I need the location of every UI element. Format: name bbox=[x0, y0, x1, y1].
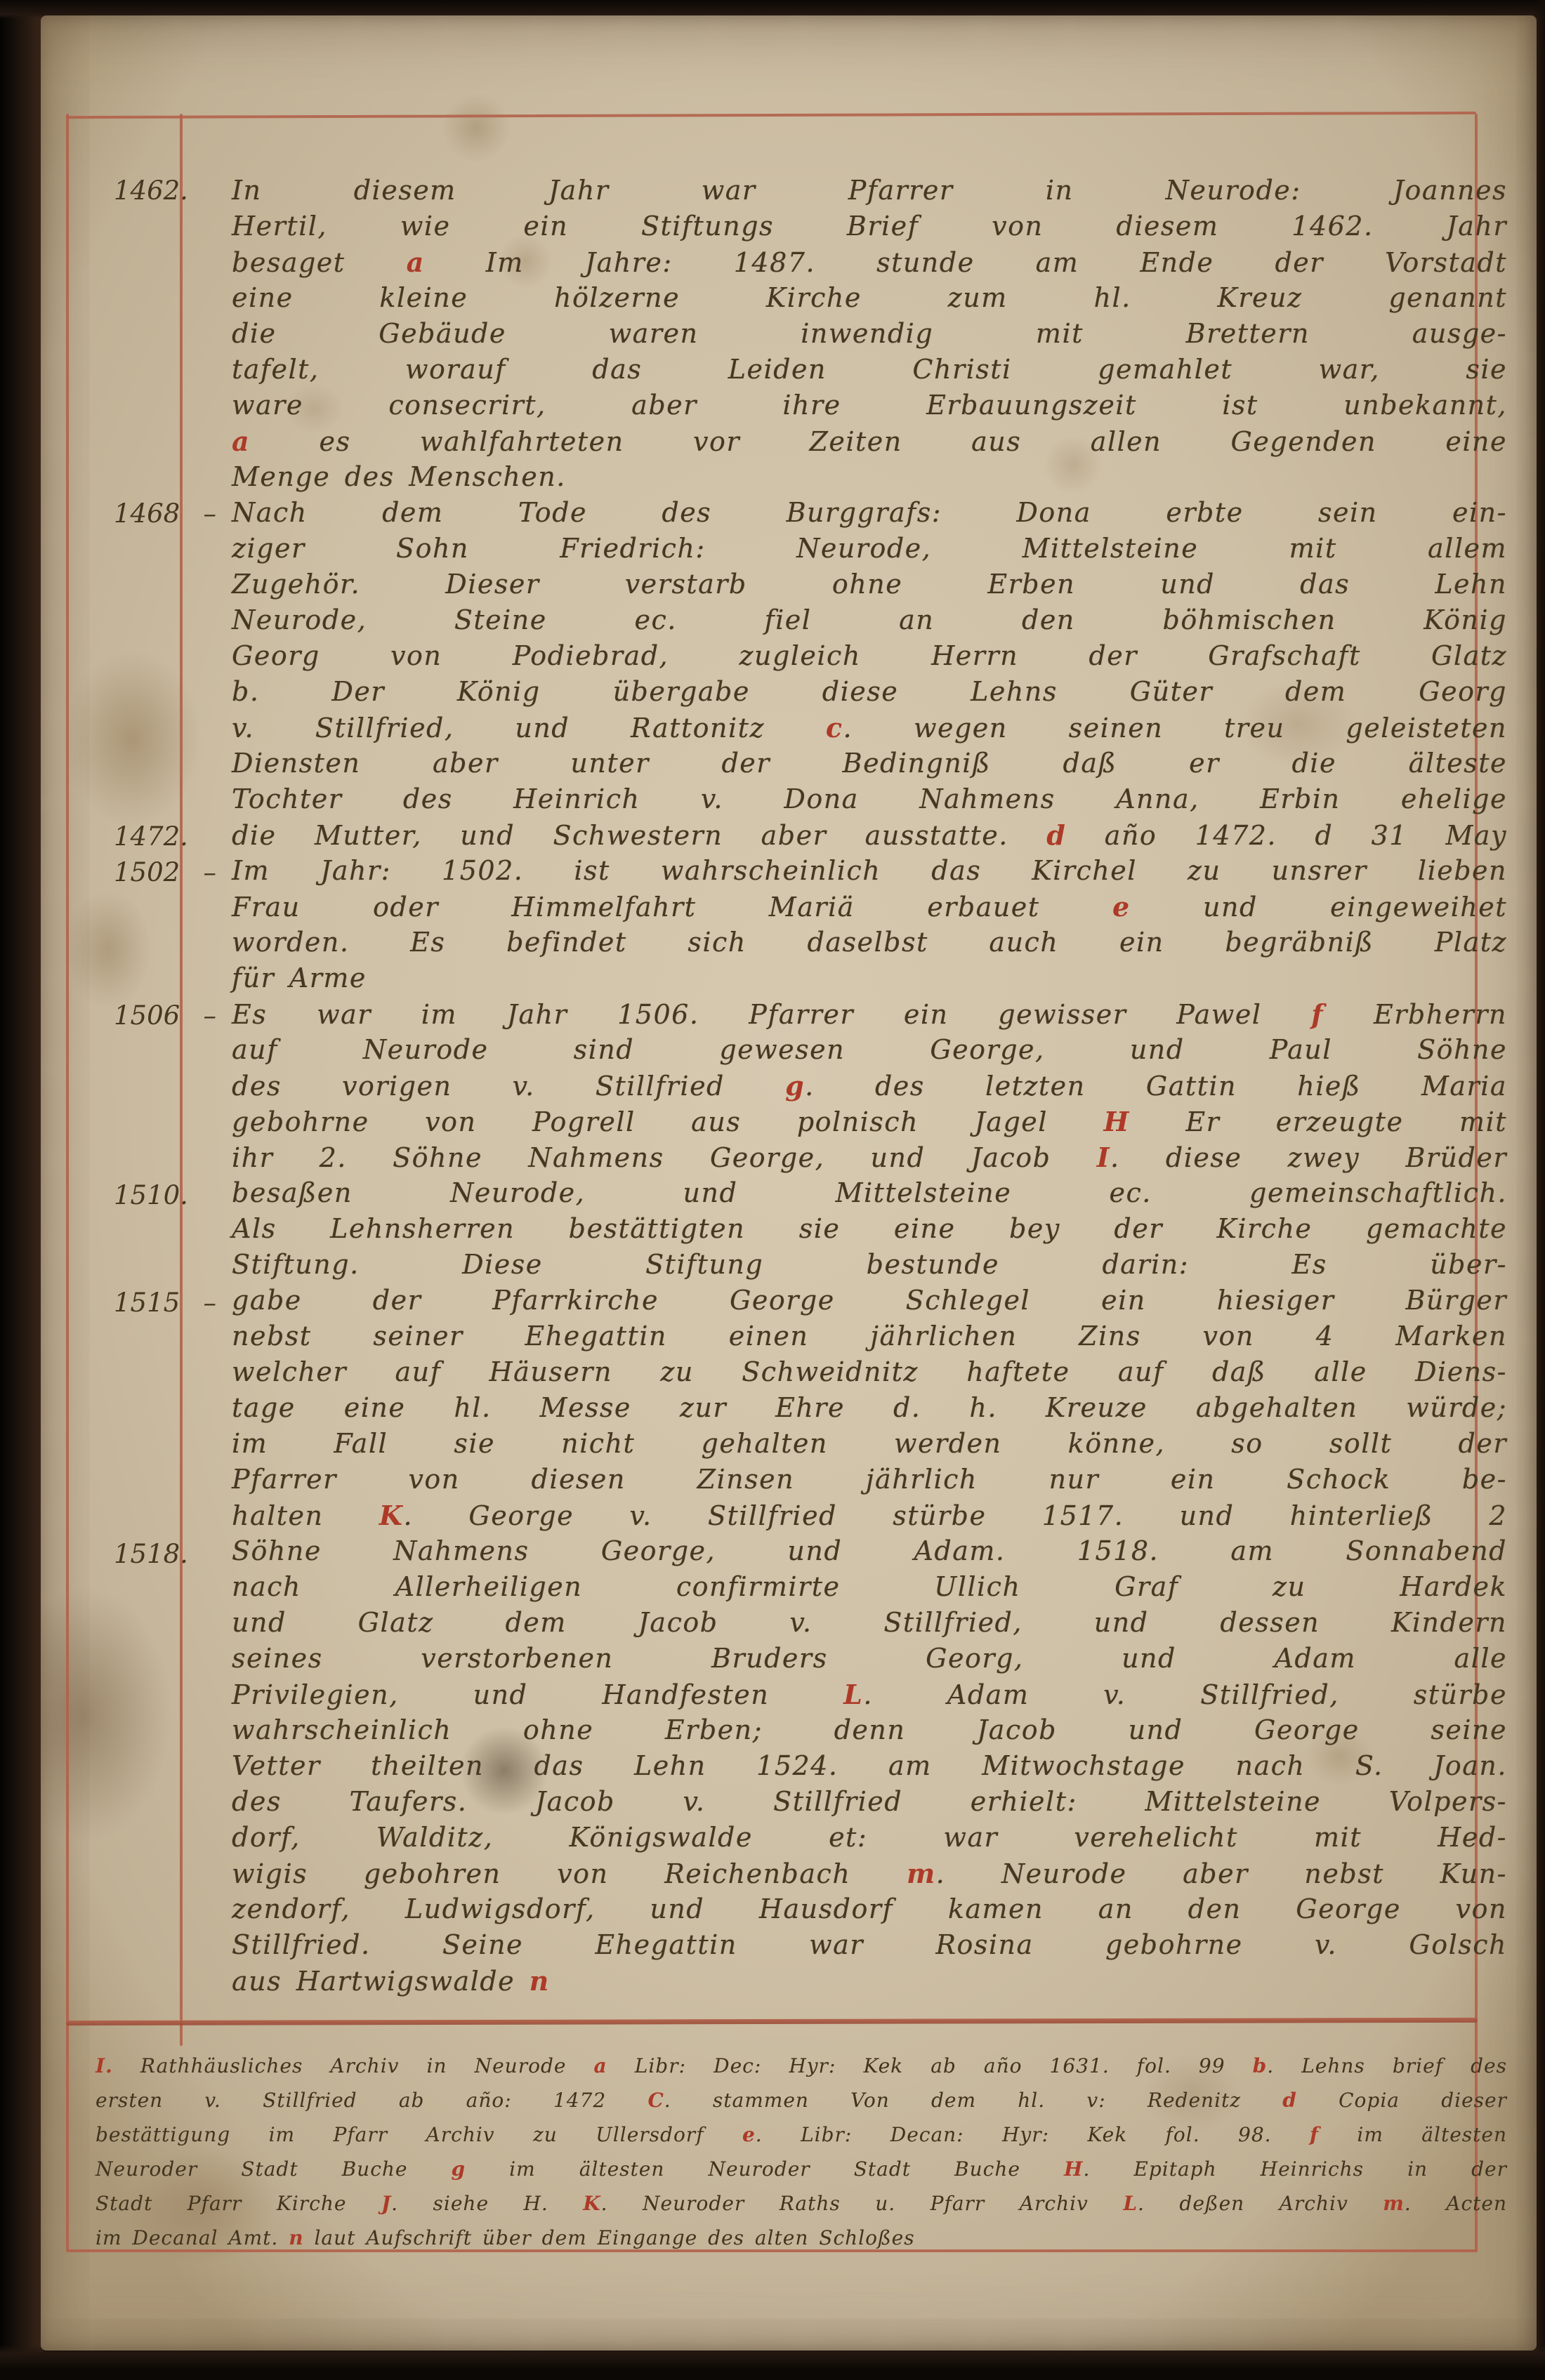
manuscript-line: nebst seiner Ehegattin einen jährlichen … bbox=[232, 1318, 1507, 1354]
manuscript-line: des Taufers. Jacob v. Stillfried erhielt… bbox=[232, 1784, 1507, 1820]
manuscript-line: aus Hartwigswalde n bbox=[232, 1963, 1507, 1999]
text-run: für Arme bbox=[232, 963, 367, 993]
footnote-block: I. Rathhäusliches Archiv in Neurode a Li… bbox=[96, 2049, 1507, 2255]
text-run: Pfarrer von diesen Zinsen jährlich nur e… bbox=[232, 1464, 1507, 1495]
footnote-ref-letter: d bbox=[1282, 2089, 1297, 2112]
manuscript-line: Söhne Nahmens George, und Adam. 1518. am… bbox=[232, 1533, 1507, 1569]
text-run: im Fall sie nicht gehalten werden könne,… bbox=[232, 1428, 1507, 1459]
footnote-ref-letter: H bbox=[1064, 2157, 1083, 2181]
text-run: . des letzten Gattin hieß Maria bbox=[805, 1071, 1507, 1102]
footnote-line: im Decanal Amt. n laut Aufschrift über d… bbox=[96, 2221, 1507, 2255]
footnote-line: Stadt Pfarr Kirche J. siehe H. K. Neurod… bbox=[96, 2186, 1507, 2221]
footnote-line: ersten v. Stillfried ab año: 1472 C. sta… bbox=[96, 2083, 1507, 2117]
text-run: tafelt, worauf das Leiden Christi gemahl… bbox=[232, 354, 1507, 385]
text-run: Als Lehnsherren bestättigten sie eine be… bbox=[232, 1213, 1507, 1244]
manuscript-line: Georg von Podiebrad, zugleich Herrn der … bbox=[232, 638, 1507, 674]
book-photograph: 1462.1468–1472.1502–1506–1510.1515–1518.… bbox=[0, 0, 1545, 2380]
footnote-ref-letter: J bbox=[381, 2192, 391, 2215]
manuscript-line: nach Allerheiligen confirmirte Ullich Gr… bbox=[232, 1569, 1507, 1605]
manuscript-line: die Gebäude waren inwendig mit Brettern … bbox=[232, 316, 1507, 352]
footnote-ref-letter: n bbox=[289, 2226, 303, 2249]
text-run: des vorigen v. Stillfried bbox=[232, 1071, 785, 1102]
text-run: die Mutter, und Schwestern aber ausstatt… bbox=[232, 820, 1046, 851]
text-run: Privilegien, und Handfesten bbox=[232, 1679, 843, 1710]
footnote-ref-letter: a bbox=[232, 425, 250, 457]
text-run: tage eine hl. Messe zur Ehre d. h. Kreuz… bbox=[232, 1392, 1507, 1423]
margin-date: 1518. bbox=[114, 1536, 216, 1572]
manuscript-page: 1462.1468–1472.1502–1506–1510.1515–1518.… bbox=[41, 15, 1537, 2351]
text-run: ihr 2. Söhne Nahmens George, und Jacob bbox=[232, 1142, 1097, 1173]
text-run: Diensten aber unter der Bedingniß daß er… bbox=[232, 748, 1507, 779]
manuscript-line: besaget a Im Jahre: 1487. stunde am Ende… bbox=[232, 244, 1507, 280]
manuscript-line: Stillfried. Seine Ehegattin war Rosina g… bbox=[232, 1927, 1507, 1963]
text-run: gabe der Pfarrkirche George Schlegel ein… bbox=[232, 1285, 1507, 1316]
text-run: im ältesten bbox=[1319, 2123, 1507, 2146]
text-run: . Lehns brief des bbox=[1267, 2054, 1507, 2077]
text-run: . stammen Von dem hl. v: Redenitz bbox=[664, 2089, 1283, 2112]
footnote-ref-letter: K bbox=[583, 2192, 600, 2215]
margin-date-label: 1468 bbox=[114, 496, 180, 531]
text-run: Erbherrn bbox=[1324, 999, 1507, 1030]
footnote-ref-letter: b bbox=[1253, 2054, 1268, 2077]
text-run: zendorf, Ludwigsdorf, und Hausdorf kamen… bbox=[232, 1893, 1507, 1924]
text-run: Hertil, wie ein Stiftungs Brief von dies… bbox=[232, 211, 1507, 242]
text-run: . Epitaph Heinrichs in der bbox=[1083, 2157, 1507, 2181]
text-run: Neuroder Stadt Buche bbox=[96, 2157, 452, 2181]
text-run: Neurode, Steine ec. fiel an den böhmisch… bbox=[232, 604, 1507, 635]
margin-date: 1472. bbox=[114, 819, 216, 854]
text-run: . George v. Stillfried stürbe 1517. und … bbox=[403, 1500, 1507, 1531]
margin-date-dash: – bbox=[204, 854, 217, 890]
manuscript-line: In diesem Jahr war Pfarrer in Neurode: J… bbox=[232, 173, 1507, 209]
text-run: auf Neurode sind gewesen George, und Pau… bbox=[232, 1034, 1507, 1065]
text-run: Es war im Jahr 1506. Pfarrer ein gewisse… bbox=[232, 999, 1311, 1030]
footnote-ref-letter: f bbox=[1310, 2123, 1319, 2146]
text-run: Copia dieser bbox=[1297, 2089, 1507, 2112]
text-run: besaßen Neurode, und Mittelsteine ec. ge… bbox=[232, 1177, 1507, 1208]
text-run: Söhne Nahmens George, und Adam. 1518. am… bbox=[232, 1535, 1507, 1566]
manuscript-line: gebohrne von Pogrell aus polnisch Jagel … bbox=[232, 1104, 1507, 1139]
margin-date: 1510. bbox=[114, 1177, 216, 1213]
manuscript-line: halten K. George v. Stillfried stürbe 15… bbox=[232, 1498, 1507, 1533]
manuscript-line: Diensten aber unter der Bedingniß daß er… bbox=[232, 746, 1507, 781]
manuscript-line: die Mutter, und Schwestern aber ausstatt… bbox=[232, 817, 1507, 853]
text-run: des Taufers. Jacob v. Stillfried erhielt… bbox=[232, 1786, 1507, 1817]
text-run: und eingeweihet bbox=[1131, 892, 1507, 923]
footnote-ref-letter: H bbox=[1103, 1106, 1129, 1137]
footnote-ref-letter: L bbox=[843, 1679, 863, 1710]
text-run: Georg von Podiebrad, zugleich Herrn der … bbox=[232, 640, 1507, 671]
manuscript-line: ziger Sohn Friedrich: Neurode, Mittelste… bbox=[232, 531, 1507, 567]
footnote-ref-letter: m bbox=[1383, 2192, 1405, 2215]
footnote-ref-letter: f bbox=[1311, 998, 1324, 1030]
manuscript-line: wahrscheinlich ohne Erben; denn Jacob un… bbox=[232, 1712, 1507, 1748]
text-run: . Libr: Decan: Hyr: Kek fol. 98. bbox=[756, 2123, 1310, 2146]
footnote-ref-letter: m bbox=[907, 1858, 936, 1889]
text-run: Nach dem Tode des Burggrafs: Dona erbte … bbox=[232, 497, 1507, 528]
text-run: aus Hartwigswalde bbox=[232, 1966, 530, 1997]
text-run: welcher auf Häusern zu Schweidnitz hafte… bbox=[232, 1356, 1507, 1387]
footnote-ref-letter: a bbox=[594, 2054, 607, 2077]
text-run: besaget bbox=[232, 247, 407, 278]
margin-date: 1515– bbox=[114, 1285, 216, 1321]
text-run: im ältesten Neuroder Stadt Buche bbox=[466, 2157, 1064, 2181]
footnote-ref-letter: n bbox=[530, 1965, 550, 1997]
text-run: b. Der König übergabe diese Lehns Güter … bbox=[232, 676, 1507, 707]
manuscript-line: Frau oder Himmelfahrt Mariä erbauet e un… bbox=[232, 889, 1507, 925]
manuscript-line: gabe der Pfarrkirche George Schlegel ein… bbox=[232, 1283, 1507, 1318]
margin-date-label: 1472. bbox=[114, 819, 188, 854]
text-run: nebst seiner Ehegattin einen jährlichen … bbox=[232, 1321, 1507, 1351]
manuscript-line: v. Stillfried, und Rattonitz c. wegen se… bbox=[232, 710, 1507, 746]
text-run: Frau oder Himmelfahrt Mariä erbauet bbox=[232, 892, 1112, 923]
manuscript-line: Im Jahr: 1502. ist wahrscheinlich das Ki… bbox=[232, 853, 1507, 889]
manuscript-line: des vorigen v. Stillfried g. des letzten… bbox=[232, 1068, 1507, 1104]
text-run: die Gebäude waren inwendig mit Brettern … bbox=[232, 318, 1507, 349]
margin-date-label: 1462. bbox=[114, 173, 188, 209]
text-run: seines verstorbenen Bruders Georg, und A… bbox=[232, 1643, 1507, 1674]
manuscript-line: für Arme bbox=[232, 960, 1507, 996]
manuscript-line: Als Lehnsherren bestättigten sie eine be… bbox=[232, 1211, 1507, 1247]
manuscript-line: a es wahlfahrteten vor Zeiten aus allen … bbox=[232, 423, 1507, 459]
margin-date-label: 1502 bbox=[114, 854, 180, 890]
text-run: Im Jahre: 1487. stunde am Ende der Vorst… bbox=[425, 247, 1507, 278]
margin-date: 1462. bbox=[114, 173, 216, 209]
text-run: wahrscheinlich ohne Erben; denn Jacob un… bbox=[232, 1714, 1507, 1745]
text-run: eine kleine hölzerne Kirche zum hl. Kreu… bbox=[232, 282, 1507, 313]
margin-date: 1502– bbox=[114, 854, 216, 890]
text-run: Tochter des Heinrich v. Dona Nahmens Ann… bbox=[232, 784, 1507, 814]
manuscript-line: Nach dem Tode des Burggrafs: Dona erbte … bbox=[232, 495, 1507, 531]
footnote-ref-letter: e bbox=[742, 2123, 756, 2146]
manuscript-line: b. Der König übergabe diese Lehns Güter … bbox=[232, 674, 1507, 710]
manuscript-line: Vetter theilten das Lehn 1524. am Mitwoc… bbox=[232, 1748, 1507, 1784]
manuscript-line: Tochter des Heinrich v. Dona Nahmens Ann… bbox=[232, 781, 1507, 817]
text-run: ware consecrirt, aber ihre Erbauungszeit… bbox=[232, 390, 1507, 421]
margin-date-label: 1518. bbox=[114, 1536, 188, 1572]
text-run: halten bbox=[232, 1500, 379, 1531]
manuscript-line: wigis gebohren von Reichenbach m. Neurod… bbox=[232, 1856, 1507, 1891]
text-run: ziger Sohn Friedrich: Neurode, Mittelste… bbox=[232, 533, 1507, 564]
manuscript-line: ware consecrirt, aber ihre Erbauungszeit… bbox=[232, 388, 1507, 423]
manuscript-line: tage eine hl. Messe zur Ehre d. h. Kreuz… bbox=[232, 1390, 1507, 1426]
text-run: es wahlfahrteten vor Zeiten aus allen Ge… bbox=[250, 426, 1507, 457]
footnote-line: Neuroder Stadt Buche g im ältesten Neuro… bbox=[96, 2152, 1507, 2186]
text-run: . siehe H. bbox=[391, 2192, 583, 2215]
footnote-line: bestättigung im Pfarr Archiv zu Ullersdo… bbox=[96, 2117, 1507, 2152]
text-run: . Adam v. Stillfried, stürbe bbox=[863, 1679, 1507, 1710]
text-run: . Acten bbox=[1405, 2192, 1507, 2215]
text-run: dorf, Walditz, Königswalde et: war vereh… bbox=[232, 1822, 1507, 1853]
margin-date: 1468– bbox=[114, 496, 216, 531]
manuscript-line: Neurode, Steine ec. fiel an den böhmisch… bbox=[232, 602, 1507, 638]
text-run: Stadt Pfarr Kirche bbox=[96, 2192, 381, 2215]
footnote-ref-letter: I bbox=[1097, 1142, 1110, 1173]
margin-date-dash: – bbox=[204, 496, 217, 531]
footnote-ref-letter: C bbox=[647, 2089, 664, 2112]
footnote-ref-letter: L bbox=[1123, 2192, 1138, 2215]
text-run: v. Stillfried, und Rattonitz bbox=[232, 713, 826, 743]
manuscript-line: Zugehör. Dieser verstarb ohne Erben und … bbox=[232, 567, 1507, 602]
footnote-ref-letter: K bbox=[379, 1500, 404, 1531]
text-run: Zugehör. Dieser verstarb ohne Erben und … bbox=[232, 569, 1507, 600]
manuscript-line: Stiftung. Diese Stiftung bestunde darin:… bbox=[232, 1247, 1507, 1283]
text-run: . diese zwey Brüder bbox=[1110, 1142, 1507, 1173]
manuscript-line: und Glatz dem Jacob v. Stillfried, und d… bbox=[232, 1605, 1507, 1641]
text-run: In diesem Jahr war Pfarrer in Neurode: J… bbox=[232, 175, 1507, 206]
margin-date-label: 1515 bbox=[114, 1285, 180, 1321]
book-binding-edge bbox=[0, 0, 44, 2380]
text-run: und Glatz dem Jacob v. Stillfried, und d… bbox=[232, 1607, 1507, 1638]
footnote-ref-letter: I. bbox=[96, 2054, 113, 2077]
text-run: laut Aufschrift über dem Eingange des al… bbox=[304, 2226, 915, 2249]
footnote-ref-letter: g bbox=[452, 2157, 466, 2181]
margin-date-dash: – bbox=[204, 998, 217, 1033]
text-run: año 1472. d 31 May bbox=[1066, 820, 1507, 851]
manuscript-line: auf Neurode sind gewesen George, und Pau… bbox=[232, 1032, 1507, 1068]
frame-line-top bbox=[66, 112, 1476, 119]
footnote-ref-letter: g bbox=[785, 1070, 805, 1102]
manuscript-line: zendorf, Ludwigsdorf, und Hausdorf kamen… bbox=[232, 1891, 1507, 1927]
footnote-ref-letter: c bbox=[826, 712, 843, 743]
chronicle-text-block: In diesem Jahr war Pfarrer in Neurode: J… bbox=[232, 173, 1507, 1999]
manuscript-line: eine kleine hölzerne Kirche zum hl. Kreu… bbox=[232, 280, 1507, 316]
footnote-ref-letter: d bbox=[1046, 819, 1066, 851]
text-run: Stiftung. Diese Stiftung bestunde darin:… bbox=[232, 1249, 1507, 1280]
text-run: . Neuroder Raths u. Pfarr Archiv bbox=[601, 2192, 1124, 2215]
footnote-separator-line bbox=[66, 2018, 1478, 2025]
footnote-line: I. Rathhäusliches Archiv in Neurode a Li… bbox=[96, 2049, 1507, 2083]
manuscript-line: im Fall sie nicht gehalten werden könne,… bbox=[232, 1426, 1507, 1462]
text-run: Er erzeugte mit bbox=[1130, 1106, 1507, 1137]
manuscript-line: Privilegien, und Handfesten L. Adam v. S… bbox=[232, 1677, 1507, 1712]
manuscript-line: Menge des Menschen. bbox=[232, 459, 1507, 495]
text-run: Menge des Menschen. bbox=[232, 461, 566, 492]
text-run: im Decanal Amt. bbox=[96, 2226, 289, 2249]
margin-date-dash: – bbox=[204, 1285, 217, 1321]
manuscript-line: Pfarrer von diesen Zinsen jährlich nur e… bbox=[232, 1462, 1507, 1498]
manuscript-line: Hertil, wie ein Stiftungs Brief von dies… bbox=[232, 209, 1507, 244]
text-run: wigis gebohren von Reichenbach bbox=[232, 1858, 907, 1889]
manuscript-line: seines verstorbenen Bruders Georg, und A… bbox=[232, 1641, 1507, 1677]
text-run: Vetter theilten das Lehn 1524. am Mitwoc… bbox=[232, 1750, 1507, 1781]
text-run: . Neurode aber nebst Kun- bbox=[936, 1858, 1507, 1889]
text-run: Stillfried. Seine Ehegattin war Rosina g… bbox=[232, 1929, 1507, 1960]
text-run: Libr: Dec: Hyr: Kek ab año 1631. fol. 99 bbox=[607, 2054, 1253, 2077]
manuscript-line: worden. Es befindet sich daselbst auch e… bbox=[232, 925, 1507, 960]
text-run: worden. Es befindet sich daselbst auch e… bbox=[232, 927, 1507, 958]
footnote-ref-letter: a bbox=[407, 246, 425, 278]
text-run: ersten v. Stillfried ab año: 1472 bbox=[96, 2089, 647, 2112]
text-run: . deßen Archiv bbox=[1138, 2192, 1383, 2215]
manuscript-line: ihr 2. Söhne Nahmens George, und Jacob I… bbox=[232, 1139, 1507, 1175]
margin-date-label: 1506 bbox=[114, 998, 180, 1033]
text-run: bestättigung im Pfarr Archiv zu Ullersdo… bbox=[96, 2123, 742, 2146]
manuscript-line: welcher auf Häusern zu Schweidnitz hafte… bbox=[232, 1354, 1507, 1390]
manuscript-line: dorf, Walditz, Königswalde et: war vereh… bbox=[232, 1820, 1507, 1856]
frame-line-left bbox=[66, 114, 69, 2251]
text-run: Im Jahr: 1502. ist wahrscheinlich das Ki… bbox=[232, 855, 1507, 886]
text-run: Rathhäusliches Archiv in Neurode bbox=[113, 2054, 594, 2077]
manuscript-line: besaßen Neurode, und Mittelsteine ec. ge… bbox=[232, 1175, 1507, 1211]
text-run: nach Allerheiligen confirmirte Ullich Gr… bbox=[232, 1571, 1507, 1602]
margin-date-label: 1510. bbox=[114, 1177, 188, 1213]
footnote-ref-letter: e bbox=[1112, 891, 1131, 923]
margin-date: 1506– bbox=[114, 998, 216, 1033]
text-run: gebohrne von Pogrell aus polnisch Jagel bbox=[232, 1106, 1103, 1137]
text-run: . wegen seinen treu geleisteten bbox=[843, 713, 1508, 743]
manuscript-line: Es war im Jahr 1506. Pfarrer ein gewisse… bbox=[232, 996, 1507, 1032]
date-column-divider-line bbox=[180, 114, 183, 2021]
manuscript-line: tafelt, worauf das Leiden Christi gemahl… bbox=[232, 352, 1507, 388]
